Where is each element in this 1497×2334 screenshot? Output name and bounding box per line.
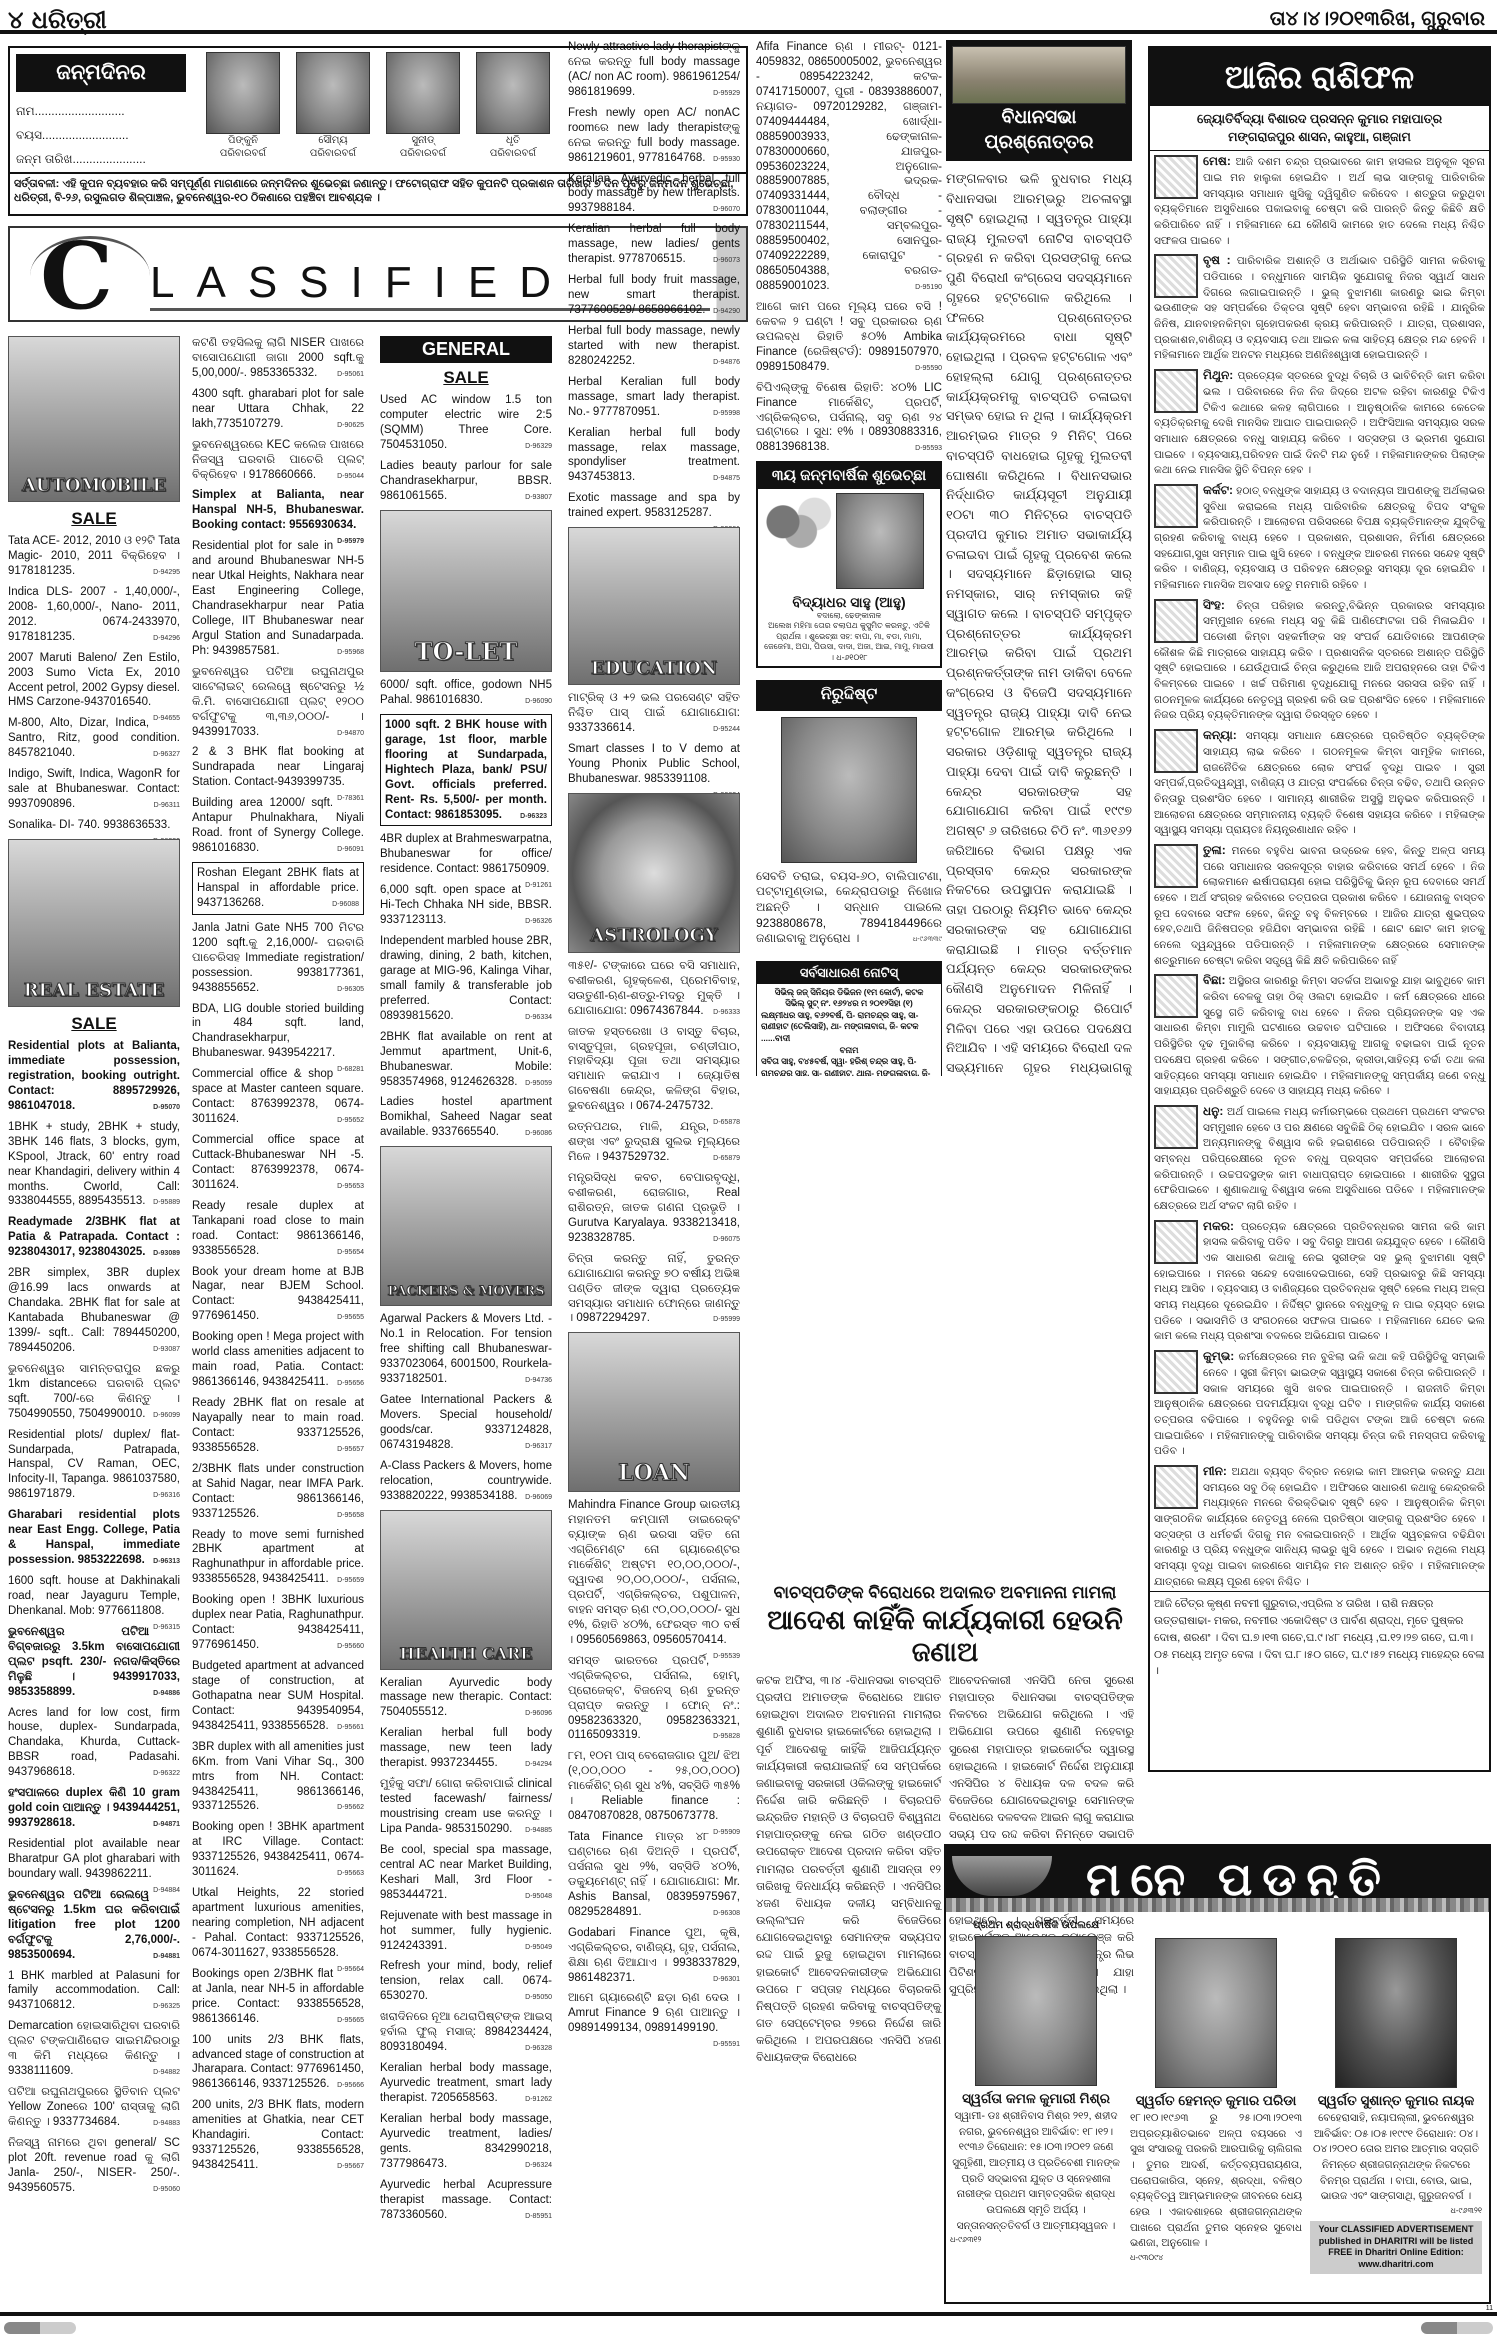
sign-name: ମୀନ: (1203, 1464, 1227, 1478)
classified-ad: 2007 Maruti Baleno/ Zen Estilo, 2003 Sum… (8, 651, 180, 711)
ad-code: D-96334 (525, 1013, 552, 1022)
classified-big-letter: C (40, 230, 113, 322)
classified-ad: Refresh your mind, body, relief tension,… (380, 1959, 552, 2004)
ad-code: D-95059 (525, 1079, 552, 1088)
classified-ad: Herbal full body massage, newly started … (568, 324, 740, 369)
public-notice-title: ସର୍ବସାଧାରଣ ନୋଟିସ୍ (757, 962, 941, 984)
sign-name: ସିଂହ: (1203, 598, 1225, 612)
ad-code: ଧ-୯୬୩୩୯ (913, 935, 942, 944)
ad-code: D-96099 (153, 1411, 180, 1420)
column-property: କଟଣି ତହସିଲକୁ ଲାଗି NISER ପାଖରେ ବାସୋପଯୋଗୀ … (192, 336, 364, 2306)
classified-ad: 1BHK + study, 2BHK + study, 3BHK 146 fla… (8, 1120, 180, 1210)
classified-ad: ଭୁବନେଶ୍ୱର ପଟିଆ ରେଲୱେ ଷ୍ଟେସନରୁ 1.5km ଘର କ… (8, 1888, 180, 1963)
classified-ad: Keralian herbal body massage, Ayurvedic … (380, 2061, 552, 2106)
kid-card: ସୌମ୍ୟପରିବାରବର୍ଗ (296, 52, 370, 160)
classified-ad: Keralian herbal full body massage, new t… (380, 1726, 552, 1771)
packers-label: PACKERS & MOVERS (381, 1284, 551, 1301)
court-story-kicker: ବାଚସ୍ପତିଙ୍କ ବିରୋଧରେ ଅଦାଲତ ଅବମାନନା ମାମଲା (756, 1582, 1134, 1604)
sign-name: ବିଛା: (1203, 973, 1226, 987)
ad-text: Smart classes I to V demo at Young Phoni… (568, 743, 740, 785)
name-field[interactable]: ନାମ........................... (16, 104, 125, 120)
horoscope-item: ମୀନ: ଅଯଥା ବ୍ୟସ୍ତ ବିବ୍ରତ ନହୋଇ କାମ ଆରମ୍ଭ କ… (1150, 1461, 1489, 1591)
classified-ad: Herbal full body fruit massage, new smar… (568, 273, 740, 318)
ad-code: D-95050 (525, 1993, 552, 2002)
sign-text: ଚିନ୍ତା ପରିହାର କରନ୍ତୁ,ବିଭିନ୍ନ ପ୍ରକାରର ସମସ… (1154, 600, 1485, 722)
education-ads-list: ମାଟ୍ରିକ୍ ଓ +୨ ଭଲ ପରସେଣ୍ଟ ସହିତ ନିଶ୍ଚିତ ପା… (568, 691, 740, 787)
classified-ad: Independent marbled house 2BR, drawing, … (380, 934, 552, 1024)
classified-ad: Residential plot available near Bharatpu… (8, 1837, 180, 1882)
classified-ad: Bookings open 2/3BHK flat at Janla, near… (192, 1967, 364, 2027)
kid-card: ଧୃତିପରିବାରବର୍ଗ (476, 52, 550, 160)
ad-code: D-95655 (337, 1313, 364, 1322)
classified-ad: 2/3BHK flats under construction at Sahid… (192, 1462, 364, 1522)
notice-versus: ବନାମ (761, 1045, 937, 1057)
ad-text: ଆମେ ଗ୍ୟାରେଣ୍ଟି ଛଡ଼ା ଋଣ ଦେଉ । Amrut Finan… (568, 1992, 740, 2034)
sign-text: ଅସ୍ଥିରତା କାରଣରୁ କିମ୍ବା ସତର୍କତା ଅଭାବରୁ ଯା… (1154, 975, 1485, 1097)
ad-code: D-95652 (337, 1116, 364, 1125)
classified-ad: Roshan Elegant 2BHK flats at Hanspal in … (192, 862, 364, 915)
dob-field[interactable]: ଜନ୍ମ ତାରିଖ...................... (16, 152, 146, 168)
classified-ad: Acres land for low cost, firm house, dup… (8, 1706, 180, 1781)
vidhansabha-title: ବିଧାନସଭା ପ୍ରଶ୍ନୋତ୍ତର (952, 106, 1126, 155)
classified-ad: 2BHK flat available on rent at Jemmut ap… (380, 1030, 552, 1090)
ad-code: D-96311 (154, 801, 180, 810)
classified-ad: ବିପିଏଲ୍‌ଙ୍କୁ ବିଶେଷ ରିହାତି: ୪୦% LIC Finan… (756, 381, 942, 456)
ad-code: D-94290 (713, 307, 740, 316)
ad-code: D-93089 (153, 1249, 180, 1258)
ad-code: D-94871 (153, 1820, 180, 1829)
classified-ad: ୩୫୧/- ଟଙ୍କାରେ ଘରେ ବସି ସମାଧାନ, ବଶୀକରଣ, ଗୃ… (568, 959, 740, 1019)
classified-ad: 1000 sqft. 2 BHK house with garage, 1st … (380, 714, 552, 827)
ad-code: D-96091 (337, 845, 364, 854)
memorial-text: ୧୮।୧୦।୧୯୬୩ ରୁ ୨୫।୦୩।୨୦୧୩ ଅପ୍ରତ୍ୟାଶିତଭାବେ… (1130, 2111, 1302, 2251)
general-header: GENERAL (380, 336, 552, 363)
classified-ad: Commercial office & shop space at Master… (192, 1067, 364, 1127)
classified-ad: 6000/ sqft. office, godown NH5 Pahal. 98… (380, 678, 552, 708)
ad-code: D-95665 (337, 2016, 364, 2025)
classified-ad: ଭୁବନେଶ୍ୱର ପଟିଆ ବିଗ୍ବଜାରରୁ 3.5km ବାସୋପଯୋଗ… (8, 1625, 180, 1700)
ad-code: D-95909 (713, 1828, 740, 1837)
ad-code: D-96308 (713, 1909, 740, 1918)
sign-text: ଅର୍ଥ ପାଇଲେ ମଧ୍ୟ କର୍ମାରମ୍ଭରେ ପ୍ରଥମେ ପ୍ରଥମ… (1154, 1106, 1485, 1212)
kid-photo (386, 52, 460, 134)
horoscope-item: ମେଷ: ଆଜି ଦଶମ ଚନ୍ଦ୍ର ପ୍ରଭାବରେ କାମ ହାସଲର ଅ… (1150, 151, 1489, 250)
ad-text: Acres land for low cost, firm house, dup… (8, 1707, 180, 1779)
kid-name: ସୁନୀଡ୍ (386, 134, 460, 147)
ad-text: ମନ୍ତ୍ରସିଦ୍ଧ କବଚ, ବେପାରବୃଦ୍ଧି, ବଶୀକରଣ, ରୋ… (568, 1172, 740, 1244)
sign-name: କନ୍ୟା: (1203, 728, 1237, 742)
ad-code: D-95889 (153, 1198, 180, 1207)
ad-code: D-95654 (337, 1248, 364, 1257)
classified-ad: Tata Finance ମାତ୍ର ୪୮ ଘଣ୍ଟାରେ ଋଣ ଦିଅନ୍ତି… (568, 1830, 740, 1920)
ad-code: D-95828 (713, 1732, 740, 1741)
classified-ad: 2 & 3 BHK flat booking at Sundrapada nea… (192, 745, 364, 790)
memorial-photo (975, 1936, 1097, 2086)
ad-code: D-94875 (713, 474, 740, 483)
sign-text: ହଠାତ୍ ବନ୍ଧୁଙ୍କ ସାହାଯ୍ୟ ଓ ବଦାନ୍ୟତା ଆପଣଙ୍କ… (1154, 485, 1485, 591)
panchang-note: ଆଜି ଚୈତ୍ର କୃଷ୍ଣ ନବମୀ ଗୁରୁବାର,ଏପ୍ରିଲ ୪ ତା… (1150, 1591, 1489, 1684)
ad-text: ଭୁବନେଶ୍ୱର ପଟିଆ ବିଗ୍ବଜାରରୁ 3.5km ବାସୋପଯୋଗ… (8, 1626, 180, 1698)
property-ads-list: କଟଣି ତହସିଲକୁ ଲାଗି NISER ପାଖରେ ବାସୋପଯୋଗୀ … (192, 336, 364, 2173)
ad-code: D-91261 (525, 881, 552, 890)
sign-name: ମିଥୁନ: (1203, 368, 1233, 382)
ad-code: D-94883 (153, 2119, 180, 2128)
ad-code: D-96329 (525, 442, 552, 451)
missing-person-title: ନିରୁଦ୍ଦିଷ୍ଟ (756, 680, 942, 711)
author-name: ଜ୍ୟୋତିର୍ବିଦ୍ୟା ବିଶାରଦ ପ୍ରସନ୍ନ କୁମାର ମହାପ… (1150, 110, 1489, 128)
classified-ad: Keralian Ayurvedic herbal full body mass… (568, 172, 740, 217)
classified-ad: Ladies hostel apartment Bomikhal, Saheed… (380, 1095, 552, 1140)
section-title-sale: SALE (8, 1013, 180, 1035)
ad-code: D-96088 (332, 900, 359, 909)
loan-image: LOAN (568, 1332, 740, 1492)
sign-name: ବୃଷ : (1203, 253, 1231, 267)
classified-ad: Agarwal Packers & Movers Ltd. - No.1 in … (380, 1312, 552, 1387)
classified-ad: Book your dream home at BJB Nagar, near … (192, 1265, 364, 1325)
ad-code: D-95663 (337, 1869, 364, 1878)
classified-ad: Indica DLS- 2007 - 1,40,000/-, 2008- 1,6… (8, 585, 180, 645)
classified-ad: ଖରାଦିନରେ ନୂଆ ଥେରାପିଷ୍ଟଙ୍କ ଆଇସ୍ ହର୍ବାଲ ଫୁ… (380, 2010, 552, 2055)
realestate-label: REAL ESTATE (9, 979, 179, 1002)
ad-text: Residential plot available near Bharatpu… (8, 1838, 180, 1880)
ad-text: 2 & 3 BHK flat booking at Sundrapada nea… (192, 746, 364, 788)
horoscope-item: ସିଂହ: ଚିନ୍ତା ପରିହାର କରନ୍ତୁ,ବିଭିନ୍ନ ପ୍ରକା… (1150, 595, 1489, 725)
ad-code: D-95653 (337, 1182, 364, 1191)
classified-ad: Tata ACE- 2012, 2010 ଓ ୧୨ଟି Tata Magic- … (8, 534, 180, 579)
ad-code: D-94882 (153, 2068, 180, 2077)
classified-ad: Residential plots at Balianta, immediate… (8, 1039, 180, 1114)
healthcare-ads-list: Keralian Ayurvedic body massage new ther… (380, 1676, 552, 2223)
classified-ad: Gatee International Packers & Movers. Sp… (380, 1393, 552, 1453)
ad-text: 1600 sqft. house at Dakhinakali road, ne… (8, 1575, 180, 1617)
realestate-image: REAL ESTATE (8, 839, 180, 1007)
ad-text: 4BR duplex at Brahmeswarpatna, Bhubanesw… (380, 833, 552, 875)
classified-ad: Rejuvenate with best massage in hot summ… (380, 1909, 552, 1954)
ad-code: D-95667 (337, 2162, 364, 2171)
loan-ads-list: Mahindra Finance Group ଭାରତୀୟ ମହାନତମ କମ୍… (568, 1498, 740, 2036)
horoscope-item: ମକର: ପ୍ରତ୍ୟେକ କ୍ଷେତ୍ରରେ ପ୍ରତିବନ୍ଧକର ସାମନ… (1150, 1216, 1489, 1346)
ad-code: D-94296 (153, 634, 180, 643)
classified-ad: ଚିନ୍ତା କରନ୍ତୁ ନାହିଁ, ତୁରନ୍ତ ଯୋଗାଯୋଗ କରନ୍… (568, 1252, 740, 1327)
classified-ad: Booking open ! 3BHK apartment at IRC Vil… (192, 1820, 364, 1880)
classified-ad: ଭୁବନେଶ୍ୱରରେ KEC କଲେଜ ପାଖରେ ନିଜସ୍ୱ ଘରବାରି… (192, 438, 364, 483)
horoscope-item: କନ୍ୟା: ସମସ୍ୟା ସମାଧାନ କ୍ଷେତ୍ରରେ ପ୍ରତିଷ୍ଠି… (1150, 725, 1489, 840)
astrology-ads-list: ୩୫୧/- ଟଙ୍କାରେ ଘରେ ବସି ସମାଧାନ, ବଶୀକରଣ, ଗୃ… (568, 959, 740, 1327)
ad-code: D-96070 (713, 205, 740, 214)
court-story-headline: ଆଦେଶ କାହିଁକି କାର୍ଯ୍ୟକାରୀ ହେଉନି ଜଣାଅ (756, 1604, 1134, 1669)
automobile-image: AUTOMOBILE (8, 336, 180, 502)
kid-name: ଧୃତି (476, 134, 550, 147)
memorial-photo (1155, 1938, 1277, 2088)
ad-code: D-95049 (525, 1943, 552, 1952)
ad-code: D-96325 (153, 2002, 180, 2011)
ad-code: D-96301 (713, 1975, 740, 1984)
healthcare-image: HEALTH CARE (380, 1510, 552, 1670)
classified-ad: Booking open ! Mega project with world c… (192, 1330, 364, 1390)
ad-code: D-95968 (337, 648, 364, 657)
sign-text: ସମସ୍ୟା ସମାଧାନ କ୍ଷେତ୍ରରେ ପ୍ରତିଷ୍ଠିତ ବ୍ୟକ୍… (1154, 730, 1485, 836)
ad-code: ଧ-୯୬୩୨୧ (1310, 2205, 1482, 2217)
ad-code: D-95591 (713, 2040, 740, 2049)
birthday-child-place: ବଦାଲୋ, ଢେଙ୍କାନାଳ (758, 611, 940, 621)
classified-ad: 4BR duplex at Brahmeswarpatna, Bhubanesw… (380, 832, 552, 877)
classified-ad: Readymade 2/3BHK flat at Patia & Patrapa… (8, 1215, 180, 1260)
horoscope-list: ମେଷ: ଆଜି ଦଶମ ଚନ୍ଦ୍ର ପ୍ରଭାବରେ କାମ ହାସଲର ଅ… (1150, 151, 1489, 1591)
notice-defendant: ସବିତା ସାହୁ, ବ୪୫ବର୍ଷ, ସ୍ୱା- ହରିଶ୍ ଚନ୍ଦ୍ର … (761, 1056, 937, 1076)
birthday-coupon-title: ଜନ୍ମଦିନର ଶୁଭେଚ୍ଛା (16, 54, 186, 92)
classified-ad: Indigo, Swift, Indica, WagonR for sale a… (8, 767, 180, 812)
ad-text: 3BR duplex with all amenities just 6Km. … (192, 1741, 364, 1813)
classified-ad: ମନ୍ତ୍ରସିଦ୍ଧ କବଚ, ବେପାରବୃଦ୍ଧି, ବଶୀକରଣ, ରୋ… (568, 1171, 740, 1246)
classified-ad: ଆମେ ଗ୍ୟାରେଣ୍ଟି ଛଡ଼ା ଋଣ ଦେଉ । Amrut Finan… (568, 1991, 740, 2036)
ad-code: ଧ-୯୩୦୯୪ (1130, 2252, 1302, 2264)
ad-text: 1000 sqft. 2 BHK house with garage, 1st … (385, 719, 547, 821)
ad-text: Afifa Finance ଋଣ । ମୀରଟ୍- 0121-4059832, … (756, 41, 942, 292)
massage-ads-list: Newly attractive lady therapistଙ୍କୁ ନେଇ … (568, 40, 740, 521)
memorial-card: ସ୍ୱର୍ଗତ ସୁଶାନ୍ତ କୁମାର ନାୟକ ବେହେରାସାହି, ନ… (1310, 1938, 1482, 2274)
sign-text: ପ୍ରତ୍ୟେକ ସ୍ତରରେ ବୁଦ୍ଧି ବିଚାରି ଓ ଭାବିଚିନ୍… (1154, 370, 1485, 476)
scorpio-icon (1154, 974, 1198, 1018)
ad-text: Independent marbled house 2BR, drawing, … (380, 935, 552, 1022)
kid-card: ସୁନୀଡ୍ପରିବାରବର୍ଗ (386, 52, 460, 160)
classified-ad: BDA, LIG double storied building in 484 … (192, 1002, 364, 1062)
astrology-image: ASTROLOGY (568, 793, 740, 953)
ad-code: D-95657 (337, 1445, 364, 1454)
obituary-section: ମନେ ପଡ଼ନ୍ତି ପ୍ରଥମ ଶ୍ରାଦ୍ଧବାର୍ଷିକ ଉପଲକ୍ଷେ… (944, 1844, 1491, 2304)
aquarius-icon (1154, 1350, 1198, 1394)
horoscope-item: ମିଥୁନ: ପ୍ରତ୍ୟେକ ସ୍ତରରେ ବୁଦ୍ଧି ବିଚାରି ଓ ଭ… (1150, 365, 1489, 480)
memorial-card: ପ୍ରଥମ ଶ୍ରାଦ୍ଧବାର୍ଷିକ ଉପଲକ୍ଷେ ସ୍ୱର୍ଗତା କମ… (950, 1918, 1122, 2246)
classified-ad: Ready 2BHK flat on resale at Nayapally n… (192, 1396, 364, 1456)
general-sale-ads: Used AC window 1.5 ton computer electric… (380, 393, 552, 504)
classified-ad: Ready resale duplex at Tankapani road cl… (192, 1199, 364, 1259)
date-line: ତା୪।୪।୨୦୧୩ରିଖ, ଗୁରୁବାର (1270, 6, 1485, 32)
sign-name: ମକର: (1203, 1219, 1234, 1233)
horoscope-item: ବିଛା: ଅସ୍ଥିରତା କାରଣରୁ କିମ୍ବା ସତର୍କତା ଅଭା… (1150, 970, 1489, 1100)
kid-from: ପରିବାରବର୍ଗ (206, 147, 280, 160)
classified-ad: ଭୁବନେଶ୍ୱର ପଟିଆ ରଘୁନାଥପୁର ସାଟେଲାଇଟ୍ ରେଲୱେ… (192, 665, 364, 740)
ad-text: ଭୁବନେଶ୍ୱର ପଟିଆ ରଘୁନାଥପୁର ସାଟେଲାଇଟ୍ ରେଲୱେ… (192, 666, 364, 738)
classified-ad: 2BR simplex, 3BR duplex @16.99 lacs onwa… (8, 1266, 180, 1356)
birthday-ad-title: ୩ୟ ଜନ୍ମବାର୍ଷିକ ଶୁଭେଚ୍ଛା (758, 463, 940, 489)
kid-name: ସୌମ୍ୟ (296, 134, 370, 147)
age-field[interactable]: ବୟସ.......................... (16, 128, 129, 144)
classified-ad: Ready to move semi furnished 2BHK apartm… (192, 1528, 364, 1588)
ad-code: D-95662 (337, 1803, 364, 1812)
public-notice: ସର୍ବସାଧାରଣ ନୋଟିସ୍ ସିଭିଲ୍ ଜଜ୍ ସିନିୟର ଡିଭି… (756, 961, 942, 1076)
horoscope-panel: ଆଜିର ରାଶିଫଳ ଜ୍ୟୋତିର୍ବିଦ୍ୟା ବିଶାରଦ ପ୍ରସନ୍… (1148, 46, 1491, 1772)
ad-code: D-96086 (525, 1129, 552, 1138)
ad-code: D-95593 (915, 444, 942, 453)
ad-code: D-96322 (153, 1769, 180, 1778)
classified-ad: Godabari Finance ପୁଅ, କୃଷି, ଏଗ୍ରିକଲ୍ଚର, … (568, 1926, 740, 1986)
sign-text: ଅଯଥା ବ୍ୟସ୍ତ ବିବ୍ରତ ନହୋଇ କାମ ଆରମ୍ଭ କରନ୍ତୁ… (1154, 1466, 1485, 1588)
horoscope-item: ତୁଳା: ମନରେ ବହୁବିଧ ଭାବନା ଉଦ୍ରେକ ହେବ, କିନ୍… (1150, 840, 1489, 970)
automobile-ads-list: Tata ACE- 2012, 2010 ଓ ୧୨ଟି Tata Magic- … (8, 534, 180, 833)
classified-ad: Exotic massage and spa by trained expert… (568, 491, 740, 521)
ad-text: ଚିନ୍ତା କରନ୍ତୁ ନାହିଁ, ତୁରନ୍ତ ଯୋଗାଯୋଗ କରନ୍… (568, 1253, 740, 1325)
ad-code: D-95044 (337, 472, 364, 481)
virgo-icon (1154, 729, 1198, 773)
ad-code: D-96333 (713, 1008, 740, 1017)
ad-code: D-65878 (713, 1118, 740, 1127)
ad-code: D-96305 (337, 985, 364, 994)
ad-code: D-95048 (525, 1892, 552, 1901)
diya-lamp-icon (952, 1856, 1052, 1896)
missing-person-text: ସେବତି ତରାଇ, ବୟସ-୬୦, ବାଲିପାଟଣା, ପଟ୍ଟାମୁଣ୍… (756, 869, 942, 945)
memorial-name: ସ୍ୱର୍ଗତ ହେମନ୍ତ କୁମାର ପରିଡା (1130, 2091, 1302, 2111)
sign-text: କର୍ମକ୍ଷେତ୍ରରେ ମନ ବୁଝିଲା ଭଳି କଥା କହି ପରିସ… (1154, 1351, 1485, 1457)
birthday-child-name: ବିଦ୍ୟାଧର ସାହୁ (ଆହୁ) (758, 593, 940, 611)
ad-code: D-94876 (713, 358, 740, 367)
classified-ad: Keralian herbal body massage, Ayurvedic … (380, 2112, 552, 2172)
ad-text: 200 units, 2/3 BHK flats, modern ameniti… (192, 2099, 364, 2171)
ad-code: D-68281 (337, 1065, 364, 1074)
section-title-sale: SALE (380, 367, 552, 389)
ad-code: D-85951 (525, 2212, 552, 2221)
ad-text: 2BR simplex, 3BR duplex @16.99 lacs onwa… (8, 1267, 180, 1354)
ad-text: Agarwal Packers & Movers Ltd. - No.1 in … (380, 1313, 552, 1385)
kid-photo (296, 52, 370, 134)
classified-ad: A-Class Packers & Movers, home relocatio… (380, 1459, 552, 1504)
ad-code: D-94294 (525, 1760, 552, 1769)
finance-ads-list: Afifa Finance ଋଣ । ମୀରଟ୍- 0121-4059832, … (756, 40, 942, 455)
classified-ad: 100 units 2/3 BHK flats, advanced stage … (192, 2033, 364, 2093)
ad-code: D-96327 (153, 750, 180, 759)
memorial-header: ପ୍ରଥମ ଶ୍ରାଦ୍ଧବାର୍ଷିକ ଉପଲକ୍ଷେ (950, 1918, 1122, 1933)
memorial-name: ସ୍ୱର୍ଗତ ସୁଶାନ୍ତ କୁମାର ନାୟକ (1310, 2091, 1482, 2111)
classified-ad: ନିଜସ୍ୱ ନାମରେ ଥିବା general/ SC plot 20ft.… (8, 2136, 180, 2196)
ad-code: D-93807 (525, 493, 552, 502)
classified-ad: 1 BHK marbled at Palasuni for family acc… (8, 1969, 180, 2014)
sign-name: ମେଷ: (1203, 154, 1231, 168)
classified-ad: Herbal Keralian full body massage, smart… (568, 375, 740, 420)
memorial-photo (1335, 1938, 1457, 2088)
classified-ad: Utkal Heights, 22 storied apartment luxu… (192, 1886, 364, 1961)
classified-ad: 1600 sqft. house at Dakhinakali road, ne… (8, 1574, 180, 1619)
ad-text: Sonalika- DI- 740. 9938636533. (8, 819, 170, 831)
ad-text: 1BHK + study, 2BHK + study, 3BHK 146 fla… (8, 1121, 180, 1208)
court-story-col-a: କଟକ ଅଫିସ, ୩।୪ -ବିଧାନସଭା ବାଚସ୍ପତି ପ୍ରଦୀପ … (756, 1673, 941, 2068)
classified-word: LASSIFIED (150, 260, 573, 306)
sign-text: ପ୍ରତ୍ୟେକ କ୍ଷେତ୍ରରେ ପ୍ରତିବନ୍ଧକର ସାମନା କରି… (1154, 1221, 1485, 1343)
memorial-name: ସ୍ୱର୍ଗତା କମଳ କୁମାରୀ ମିଶ୍ର (950, 2089, 1122, 2109)
classified-ad: Newly attractive lady therapistଙ୍କୁ ନେଇ … (568, 40, 740, 100)
vidhansabha-article: ବିଧାନସଭା ପ୍ରଶ୍ନୋତ୍ତର ମଙ୍ଗଳବାର ଭଳି ବୁଧବାର… (946, 40, 1132, 1076)
classified-ad: Ladies beauty parlour for sale Chandrase… (380, 459, 552, 504)
classified-ad: Mahindra Finance Group ଭାରତୀୟ ମହାନତମ କମ୍… (568, 1498, 740, 1647)
child-photo (836, 493, 924, 589)
classified-ad: ହଂସପାଳରେ duplex କିଣି 10 gram gold coin ପ… (8, 1786, 180, 1831)
ad-code: D-96328 (525, 2044, 552, 2053)
ad-code: D-96316 (153, 1491, 180, 1500)
healthcare-label: HEALTH CARE (381, 1644, 551, 1665)
ad-code: D-94736 (525, 1376, 552, 1385)
sign-text: ଆଜି ଦଶମ ଚନ୍ଦ୍ର ପ୍ରଭାବରେ କାମ ହାସଲର ଅନୁକୂଳ… (1154, 156, 1485, 246)
classified-ad: ମାଟ୍ରିକ୍ ଓ +୨ ଭଲ ପରସେଣ୍ଟ ସହିତ ନିଶ୍ଚିତ ପା… (568, 691, 740, 736)
ad-text: ବିପିଏଲ୍‌ଙ୍କୁ ବିଶେଷ ରିହାତି: ୪୦% LIC Finan… (756, 382, 942, 454)
tolet-ads-list: 6000/ sqft. office, godown NH5 Pahal. 98… (380, 678, 552, 1140)
sign-name: ଧନୁ: (1203, 1104, 1223, 1118)
classified-ad: ସମସ୍ତ ଭାରତରେ ପ୍ରପର୍ଟି, ଏଗ୍ରିକଲ୍ଚର, ପର୍ସନ… (568, 1654, 740, 1744)
horoscope-item: କର୍କଟ: ହଠାତ୍ ବନ୍ଧୁଙ୍କ ସାହାଯ୍ୟ ଓ ବଦାନ୍ୟତା… (1150, 480, 1489, 595)
sagittarius-icon (1154, 1105, 1198, 1149)
ad-code: D-95244 (713, 725, 740, 734)
classified-ad: 4300 sqft. gharabari plot for sale near … (192, 387, 364, 432)
horoscope-author: ଜ୍ୟୋତିର୍ବିଦ୍ୟା ବିଶାରଦ ପ୍ରସନ୍ନ କୁମାର ମହାପ… (1150, 106, 1489, 151)
ad-code: D-94881 (153, 1952, 180, 1961)
column-general: GENERAL SALE Used AC window 1.5 ton comp… (380, 336, 552, 2306)
ad-code: D-91262 (525, 2095, 552, 2104)
footer-rule (0, 2312, 1497, 2316)
ad-text: ସମସ୍ତ ଭାରତରେ ପ୍ରପର୍ଟି, ଏଗ୍ରିକଲ୍ଚର, ପର୍ସନ… (568, 1655, 740, 1742)
ad-code: D-96075 (713, 1235, 740, 1244)
ad-code: D-90625 (337, 421, 364, 430)
ad-code: D-96317 (525, 1442, 552, 1451)
ad-code: D-95590 (915, 364, 942, 373)
ad-code: D-96323 (520, 812, 547, 821)
aries-icon (1154, 155, 1198, 199)
ad-text: Utkal Heights, 22 storied apartment luxu… (192, 1887, 364, 1959)
ad-code: D-95661 (337, 1723, 364, 1732)
ad-text: ଜାତକ ହସ୍ତରେଖା ଓ ବାସ୍ତୁ ବିଚାର, ବାସ୍ତୁପୂଜା… (568, 1026, 740, 1113)
ad-code: D-96326 (525, 917, 552, 926)
ad-code: D-95658 (337, 1511, 364, 1520)
author-address: ମଙ୍ଗରାଜପୁର ଶାସନ, କାହୁଆ, ଗଞ୍ଜାମ (1150, 128, 1489, 146)
birthday-ad: ୩ୟ ଜନ୍ମବାର୍ଷିକ ଶୁଭେଚ୍ଛା ବିଦ୍ୟାଧର ସାହୁ (ଆ… (756, 461, 942, 668)
ad-code: D-95930 (713, 155, 740, 164)
ad-text: Simplex at Balianta, near Hanspal NH-5, … (192, 489, 364, 531)
tolet-label: TO-LET (381, 636, 551, 667)
ad-code: D-95998 (713, 409, 740, 418)
sign-text: ମନରେ ବହୁବିଧ ଭାବନା ଉଦ୍ରେକ ହେବ, କିନ୍ତୁ ଅଳ୍… (1154, 845, 1485, 967)
ad-code: D-95070 (153, 1103, 180, 1112)
page-header: ୪ ଧରିତ୍ରୀ ତା୪।୪।୨୦୧୩ରିଖ, ଗୁରୁବାର (0, 0, 1497, 34)
page-number: 11 (1486, 2304, 1493, 2313)
section-title-sale: SALE (8, 508, 180, 530)
classified-ad: Residential plots/ duplex/ flat- Sundarp… (8, 1428, 180, 1503)
classified-ad: Residential plot for sale in and around … (192, 539, 364, 659)
classified-ad: କଟଣି ତହସିଲକୁ ଲାଗି NISER ପାଖରେ ବାସୋପଯୋଗୀ … (192, 336, 364, 381)
kid-photo (206, 52, 280, 134)
scroll-indicator-left (4, 2322, 76, 2334)
classified-ad: ଆଗେ କାମ ପରେ ମୂଲ୍ୟ ଘରେ ବସି ! କେବଳ ୨ ଘଣ୍ଟା… (756, 300, 942, 375)
ad-code: D-96069 (525, 1493, 552, 1502)
ad-text: Janla Jatni Gate NH5 700 ମିଟର 1200 sqft.… (192, 922, 364, 994)
ad-code: D-95060 (153, 2185, 180, 2194)
classified-ad: Demarcation ହୋଇସାରିଥିବା ଘରବାରି ପ୍ଲଟ ଟଙ୍କ… (8, 2019, 180, 2079)
classified-ad: Janla Jatni Gate NH5 700 ମିଟର 1200 sqft.… (192, 921, 364, 996)
ad-code: D-96315 (153, 1623, 180, 1632)
packers-image: PACKERS & MOVERS (380, 1146, 552, 1306)
classified-ad: ଭୁବନେଶ୍ୱର ସାମନ୍ତରାପୁର ଛକରୁ 1km distanceର… (8, 1362, 180, 1422)
classified-ad: Keralian herbal full body massage, new l… (568, 222, 740, 267)
ad-code: D-93087 (153, 1345, 180, 1354)
taurus-icon (1154, 254, 1198, 298)
horoscope-item: ଧନୁ: ଅର୍ଥ ପାଇଲେ ମଧ୍ୟ କର୍ମାରମ୍ଭରେ ପ୍ରଥମେ … (1150, 1101, 1489, 1216)
vidhansabha-body: ମଙ୍ଗଳବାର ଭଳି ବୁଧବାର ମଧ୍ୟ ବିଧାନସଭା ଆରମ୍ଭର… (946, 169, 1132, 1076)
classified-ad: Be cool, special spa massage, central AC… (380, 1843, 552, 1903)
classified-ad: Building area 12000/ sqft. Antapur Phuln… (192, 796, 364, 856)
vidhansabha-title-box: ବିଧାନସଭା ପ୍ରଶ୍ନୋତ୍ତର (946, 40, 1132, 161)
classified-ad: 3BR duplex with all amenities just 6Km. … (192, 1740, 364, 1815)
horoscope-item: କୁମ୍ଭ: କର୍ମକ୍ଷେତ୍ରରେ ମନ ବୁଝିଲା ଭଳି କଥା କ… (1150, 1346, 1489, 1461)
classified-ad: Keralian herbal full body massage, relax… (568, 426, 740, 486)
column-finance-notices: Afifa Finance ଋଣ । ମୀରଟ୍- 0121-4059832, … (756, 40, 942, 1076)
classified-ad: ୮ମ, ୧୦ମ ପାସ୍ ବେରୋଜଗାର ପୁଅ/ ଝିଅ (୧,୦୦,୦୦୦… (568, 1749, 740, 1824)
ad-code: D-96073 (713, 256, 740, 265)
ad-code: D-96090 (525, 697, 552, 706)
